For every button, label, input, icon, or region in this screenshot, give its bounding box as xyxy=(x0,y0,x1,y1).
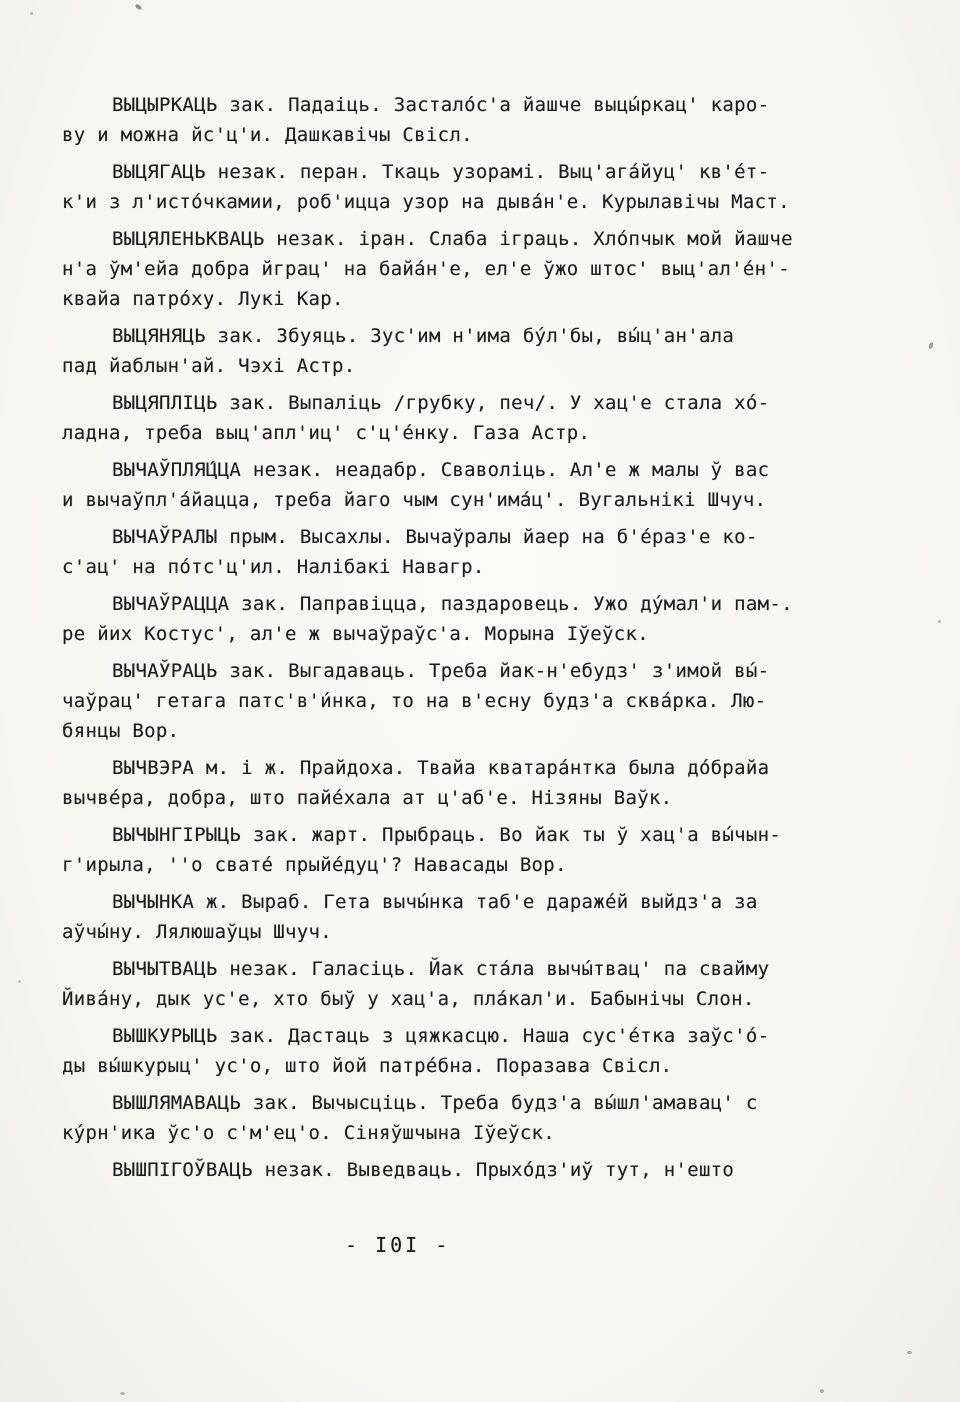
dict-entry: ВЫЧЫНГІРЫЦЬ зак. жарт. Прыбраць. Во йак … xyxy=(62,820,898,880)
dict-entry: ВЫЧАЎРАЦЦА зак. Паправіцца, паздаровець.… xyxy=(62,589,898,649)
scanned-dictionary-page: ВЫЦЫРКАЦЬ зак. Падаіць. Застало́с'а йашч… xyxy=(0,0,960,1402)
dict-entry: ВЫЦЯПЛІЦЬ зак. Выпаліць /грубку, печ/. У… xyxy=(62,388,898,448)
dict-entry: ВЫЧАЎРАЦЬ зак. Выгадаваць. Треба йак-н'е… xyxy=(62,656,898,746)
scan-speck xyxy=(907,1351,912,1354)
dict-entry: ВЫЧЫТВАЦЬ незак. Галасіць. Йак ста́ла вы… xyxy=(62,954,898,1014)
scan-speck xyxy=(120,1392,125,1395)
scan-speck xyxy=(820,1389,824,1393)
dict-entry: ВЫЧАЎРАЛЫ прым. Высахлы. Вычаўралы йаер … xyxy=(62,522,898,582)
text-block: ВЫЦЫРКАЦЬ зак. Падаіць. Застало́с'а йашч… xyxy=(62,90,898,1192)
dict-entry: ВЫЦЯНЯЦЬ зак. Збуяць. Зус'им н'има бу́л'… xyxy=(62,321,898,381)
scan-speck xyxy=(30,12,33,15)
dict-entry: ВЫЦЯЛЕНЬКВАЦЬ незак. іран. Слаба іграць.… xyxy=(62,224,898,314)
scan-speck xyxy=(938,620,941,623)
dict-entry: ВЫЧВЭРА м. і ж. Прайдоха. Твайа кватара́… xyxy=(62,753,898,813)
dict-entry: ВЫШКУРЫЦЬ зак. Дастаць з цяжкасцю. Наша … xyxy=(62,1021,898,1081)
dict-entry: ВЫЧЫНКА ж. Выраб. Гета вычы́нка таб'е да… xyxy=(62,887,898,947)
dict-entry: ВЫШПІГОЎВАЦЬ незак. Выведваць. Прыхо́дз'… xyxy=(62,1155,898,1185)
scan-speck xyxy=(134,3,142,10)
scan-speck xyxy=(18,980,21,983)
dict-entry: ВЫШЛЯМАВАЦЬ зак. Вычысціць. Треба будз'а… xyxy=(62,1088,898,1148)
dict-entry: ВЫЦЯГАЦЬ незак. перан. Ткаць узорамі. Вы… xyxy=(62,157,898,217)
dict-entry: ВЫЧАЎПЛЯ́ЦЦА незак. неадабр. Сваволіць. … xyxy=(62,455,898,515)
dict-entry: ВЫЦЫРКАЦЬ зак. Падаіць. Застало́с'а йашч… xyxy=(62,90,898,150)
scan-speck xyxy=(928,342,934,350)
page-number: - І0І - xyxy=(0,1233,960,1257)
